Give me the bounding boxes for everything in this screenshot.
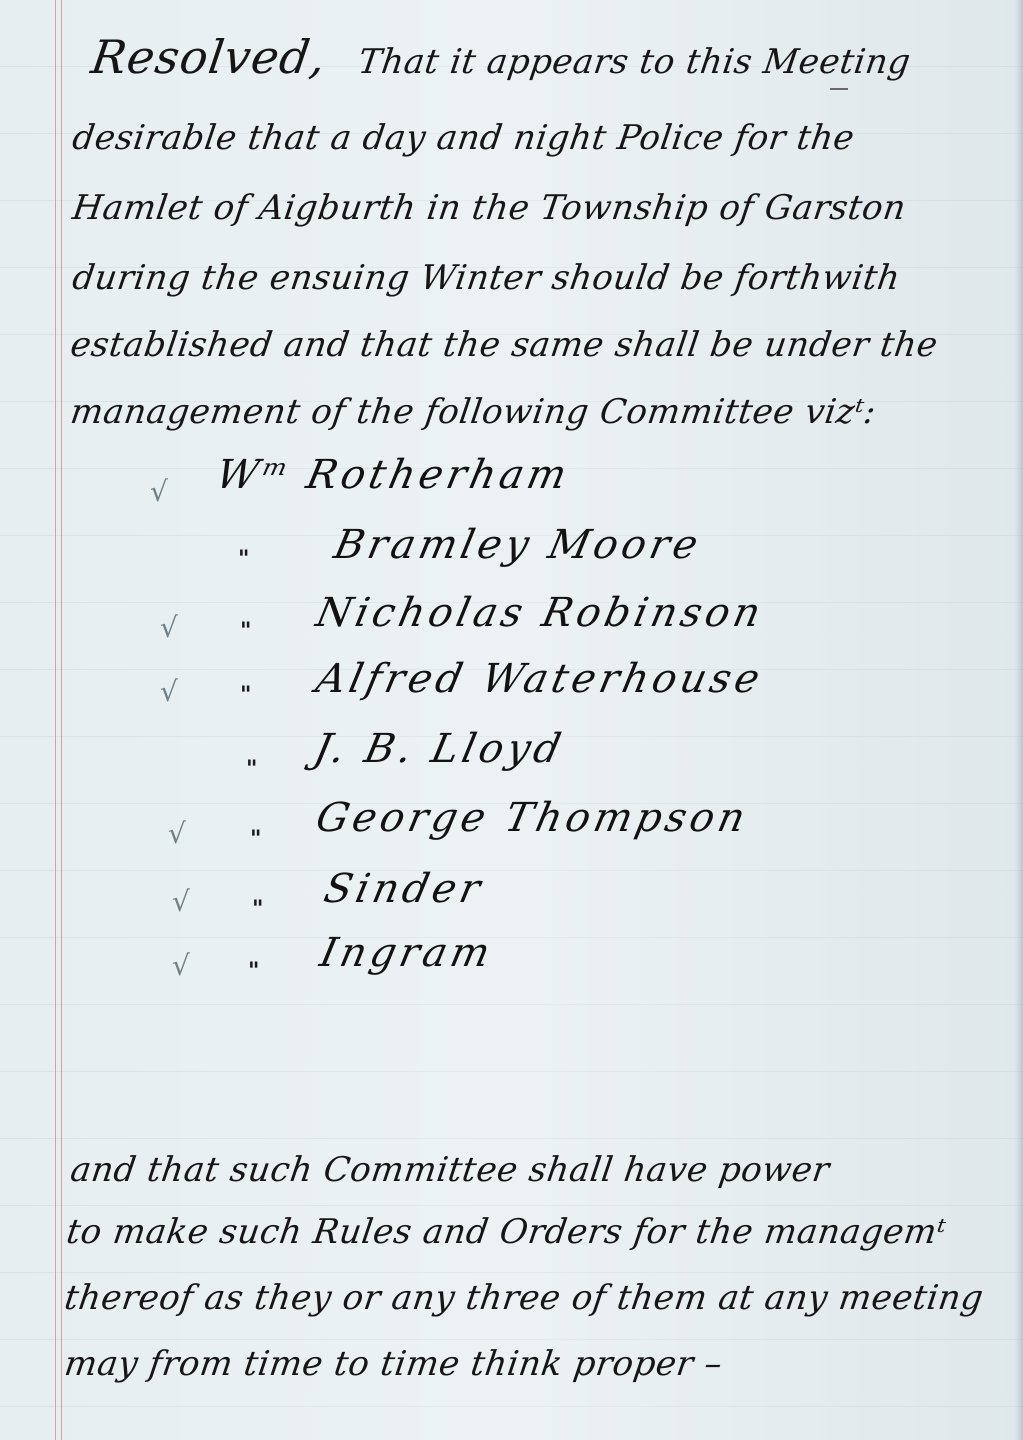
committee-member-name: Sinder <box>320 866 488 912</box>
ink-smudge <box>830 88 848 90</box>
resolution-line-5: established and that the same shall be u… <box>68 325 940 365</box>
resolution-line-1: Resolved, That it appears to this Meetin… <box>88 30 915 84</box>
checkmark-icon: √ <box>172 888 190 916</box>
ditto-mark: " <box>250 828 261 850</box>
ditto-mark: " <box>252 898 263 920</box>
resolved-heading: Resolved, <box>88 30 330 84</box>
committee-member-name: George Thompson <box>312 795 753 841</box>
resolution-line-3: Hamlet of Aigburth in the Township of Ga… <box>70 188 908 228</box>
ditto-mark: " <box>240 684 251 706</box>
ditto-mark: " <box>248 960 259 982</box>
ditto-mark: " <box>238 548 249 570</box>
committee-member-name: Bramley Moore <box>330 522 706 568</box>
committee-member-name: J. B. Lloyd <box>310 726 569 772</box>
resolution-line-4: during the ensuing Winter should be fort… <box>70 258 903 298</box>
committee-member-name: Ingram <box>316 930 498 976</box>
checkmark-icon: √ <box>172 952 190 980</box>
checkmark-icon: √ <box>168 820 186 848</box>
resolution-text: That it appears to this Meeting <box>356 42 913 82</box>
committee-member-name: Wᵐ Rotherham <box>212 452 575 498</box>
checkmark-icon: √ <box>150 478 168 506</box>
closing-line-1: and that such Committee shall have power <box>68 1150 832 1190</box>
margin-rule-inner <box>61 0 62 1440</box>
closing-line-2: to make such Rules and Orders for the ma… <box>64 1212 949 1252</box>
committee-member-name: Alfred Waterhouse <box>312 656 768 702</box>
resolution-line-6: management of the following Committee vi… <box>68 392 879 432</box>
resolution-line-2: desirable that a day and night Police fo… <box>70 118 857 158</box>
checkmark-icon: √ <box>160 614 178 642</box>
committee-member-name: Nicholas Robinson <box>312 590 768 636</box>
checkmark-icon: √ <box>160 678 178 706</box>
closing-line-3: thereof as they or any three of them at … <box>62 1278 986 1318</box>
page-edge-shadow <box>1015 0 1023 1440</box>
ditto-mark: " <box>240 620 251 642</box>
ditto-mark: " <box>246 758 257 780</box>
margin-rule-outer <box>55 0 56 1440</box>
closing-line-4: may from time to time think proper – <box>62 1344 725 1384</box>
